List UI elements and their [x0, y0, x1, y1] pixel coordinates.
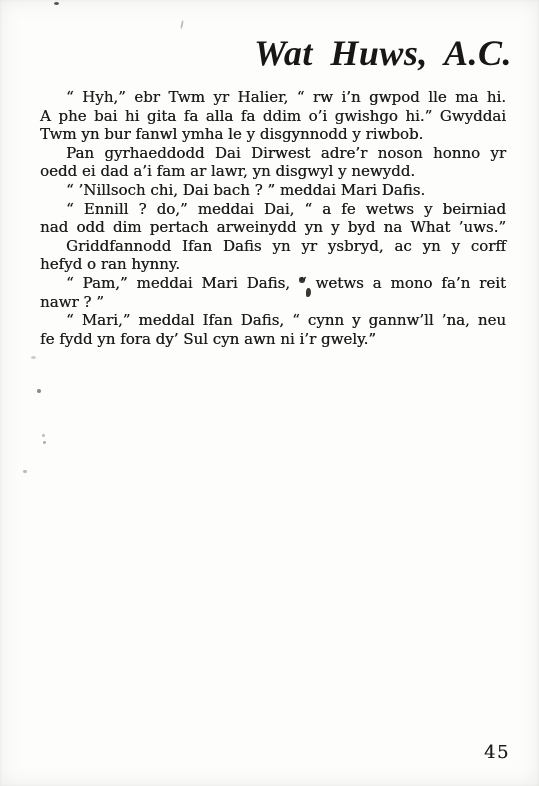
page-number: 45 — [484, 742, 510, 763]
ink-blot — [299, 277, 305, 283]
body-line: oedd ei dad a’i fam ar lawr, yn disgwyl … — [40, 162, 506, 181]
body-line: “ Mari,” meddal Ifan Dafis, “ cynn y gan… — [40, 311, 506, 330]
scan-speck — [37, 389, 41, 393]
body-line: A phe bai hi gita fa alla fa ddim o’i gw… — [40, 107, 506, 126]
body-text: “ Hyh,” ebr Twm yr Halier, “ rw i’n gwpo… — [40, 88, 506, 348]
scan-speck — [42, 434, 45, 437]
body-line: hefyd o ran hynny. — [40, 255, 506, 274]
body-line: nawr ? ” — [40, 293, 506, 312]
body-line: “ Pam,” meddai Mari Dafis, “ wetws a mon… — [40, 274, 506, 293]
body-line: Pan gyrhaeddodd Dai Dirwest adre’r noson… — [40, 144, 506, 163]
body-line: Twm yn bur fanwl ymha le y disgynnodd y … — [40, 125, 506, 144]
scan-speck — [54, 2, 59, 5]
scan-speck — [31, 356, 36, 359]
body-line: “ Ennill ? do,” meddai Dai, “ a fe wetws… — [40, 200, 506, 219]
body-line: Griddfannodd Ifan Dafis yn yr ysbryd, ac… — [40, 237, 506, 256]
body-line: fe fydd yn fora dy’ Sul cyn awn ni i’r g… — [40, 330, 506, 349]
scan-speck — [43, 441, 46, 444]
scanned-book-page: Wat Huws, A.C. “ Hyh,” ebr Twm yr Halier… — [0, 0, 539, 786]
body-line: nad odd dim pertach arweinydd yn y byd n… — [40, 218, 506, 237]
scan-speck — [23, 470, 27, 473]
page-title: Wat Huws, A.C. — [0, 35, 512, 71]
scan-speck — [180, 20, 184, 29]
body-line: “ Hyh,” ebr Twm yr Halier, “ rw i’n gwpo… — [40, 88, 506, 107]
body-line: “ ’Nillsoch chi, Dai bach ? ” meddai Mar… — [40, 181, 506, 200]
